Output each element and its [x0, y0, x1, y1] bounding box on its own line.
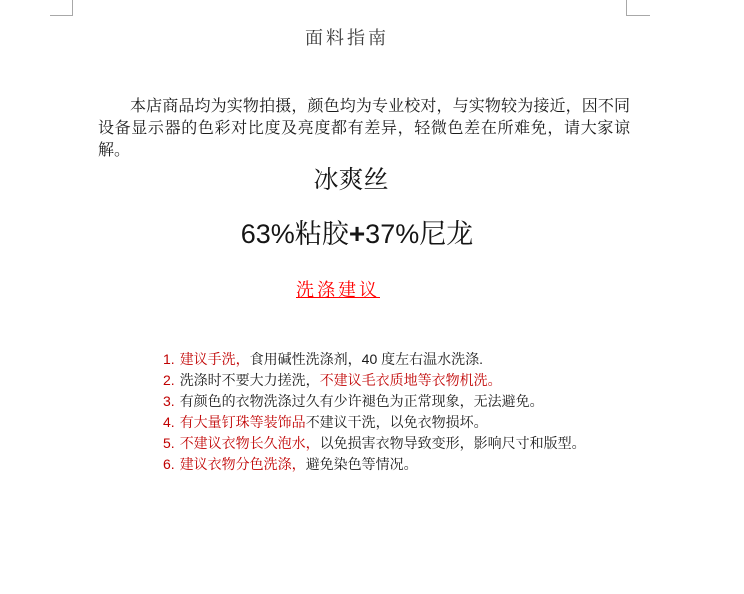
wash-item-segment: 建议衣物分色洗涤，	[180, 456, 306, 472]
wash-suggestions-heading: 洗涤建议	[0, 276, 676, 302]
wash-item-segment: 建议手洗，	[180, 351, 250, 367]
wash-item-number: 3.	[163, 393, 175, 409]
wash-item-segment: 以免损害衣物导致变形，影响尺寸和版型。	[320, 435, 586, 451]
wash-item-segment: 有颜色的衣物洗涤过久有少许褪色为正常现象，无法避免。	[180, 393, 544, 409]
wash-list-item: 3.有颜色的衣物洗涤过久有少许褪色为正常现象，无法避免。	[163, 391, 623, 412]
crop-mark-top-right-vertical	[626, 0, 627, 16]
wash-item-number: 2.	[163, 372, 175, 388]
composition-right: 37%尼龙	[365, 219, 473, 249]
composition-left: 63%粘胶	[241, 219, 349, 249]
plus-sign: +	[349, 218, 365, 249]
wash-item-number: 1.	[163, 351, 175, 367]
wash-suggestions-list: 1.建议手洗，食用碱性洗涤剂，40 度左右温水洗涤. 2.洗涤时不要大力搓洗，不…	[163, 349, 623, 475]
wash-list-item: 4.有大量钉珠等装饰品不建议干洗，以免衣物损坏。	[163, 412, 623, 433]
wash-item-number: 5.	[163, 435, 175, 451]
fabric-composition: 63%粘胶+37%尼龙	[0, 212, 714, 251]
wash-item-number: 4.	[163, 414, 175, 430]
document-page: 面料指南 本店商品均为实物拍摄，颜色均为专业校对，与实物较为接近，因不同设备显示…	[0, 0, 744, 594]
crop-mark-top-right-horizontal	[626, 15, 650, 16]
page-title: 面料指南	[0, 24, 694, 50]
wash-item-segment: 有大量钉珠等装饰品	[180, 414, 306, 430]
wash-list-item: 6.建议衣物分色洗涤，避免染色等情况。	[163, 454, 623, 475]
wash-list-item: 1.建议手洗，食用碱性洗涤剂，40 度左右温水洗涤.	[163, 349, 623, 370]
wash-list-item: 5.不建议衣物长久泡水，以免损害衣物导致变形，影响尺寸和版型。	[163, 433, 623, 454]
wash-item-segment: 避免染色等情况。	[306, 456, 418, 472]
wash-item-segment: 洗涤时不要大力搓洗，	[180, 372, 320, 388]
wash-item-segment: 不建议干洗，以免衣物损坏。	[306, 414, 488, 430]
wash-item-segment: 不建议毛衣质地等衣物机洗。	[320, 372, 502, 388]
crop-mark-top-left-vertical	[72, 0, 73, 16]
wash-list-item: 2.洗涤时不要大力搓洗，不建议毛衣质地等衣物机洗。	[163, 370, 623, 391]
intro-paragraph: 本店商品均为实物拍摄，颜色均为专业校对，与实物较为接近，因不同设备显示器的色彩对…	[98, 96, 630, 162]
wash-item-number: 6.	[163, 456, 175, 472]
wash-item-segment: 不建议衣物长久泡水，	[180, 435, 320, 451]
wash-item-segment: 食用碱性洗涤剂，40 度左右温水洗涤.	[250, 351, 483, 367]
fabric-name: 冰爽丝	[0, 160, 702, 196]
crop-mark-top-left-horizontal	[50, 15, 73, 16]
